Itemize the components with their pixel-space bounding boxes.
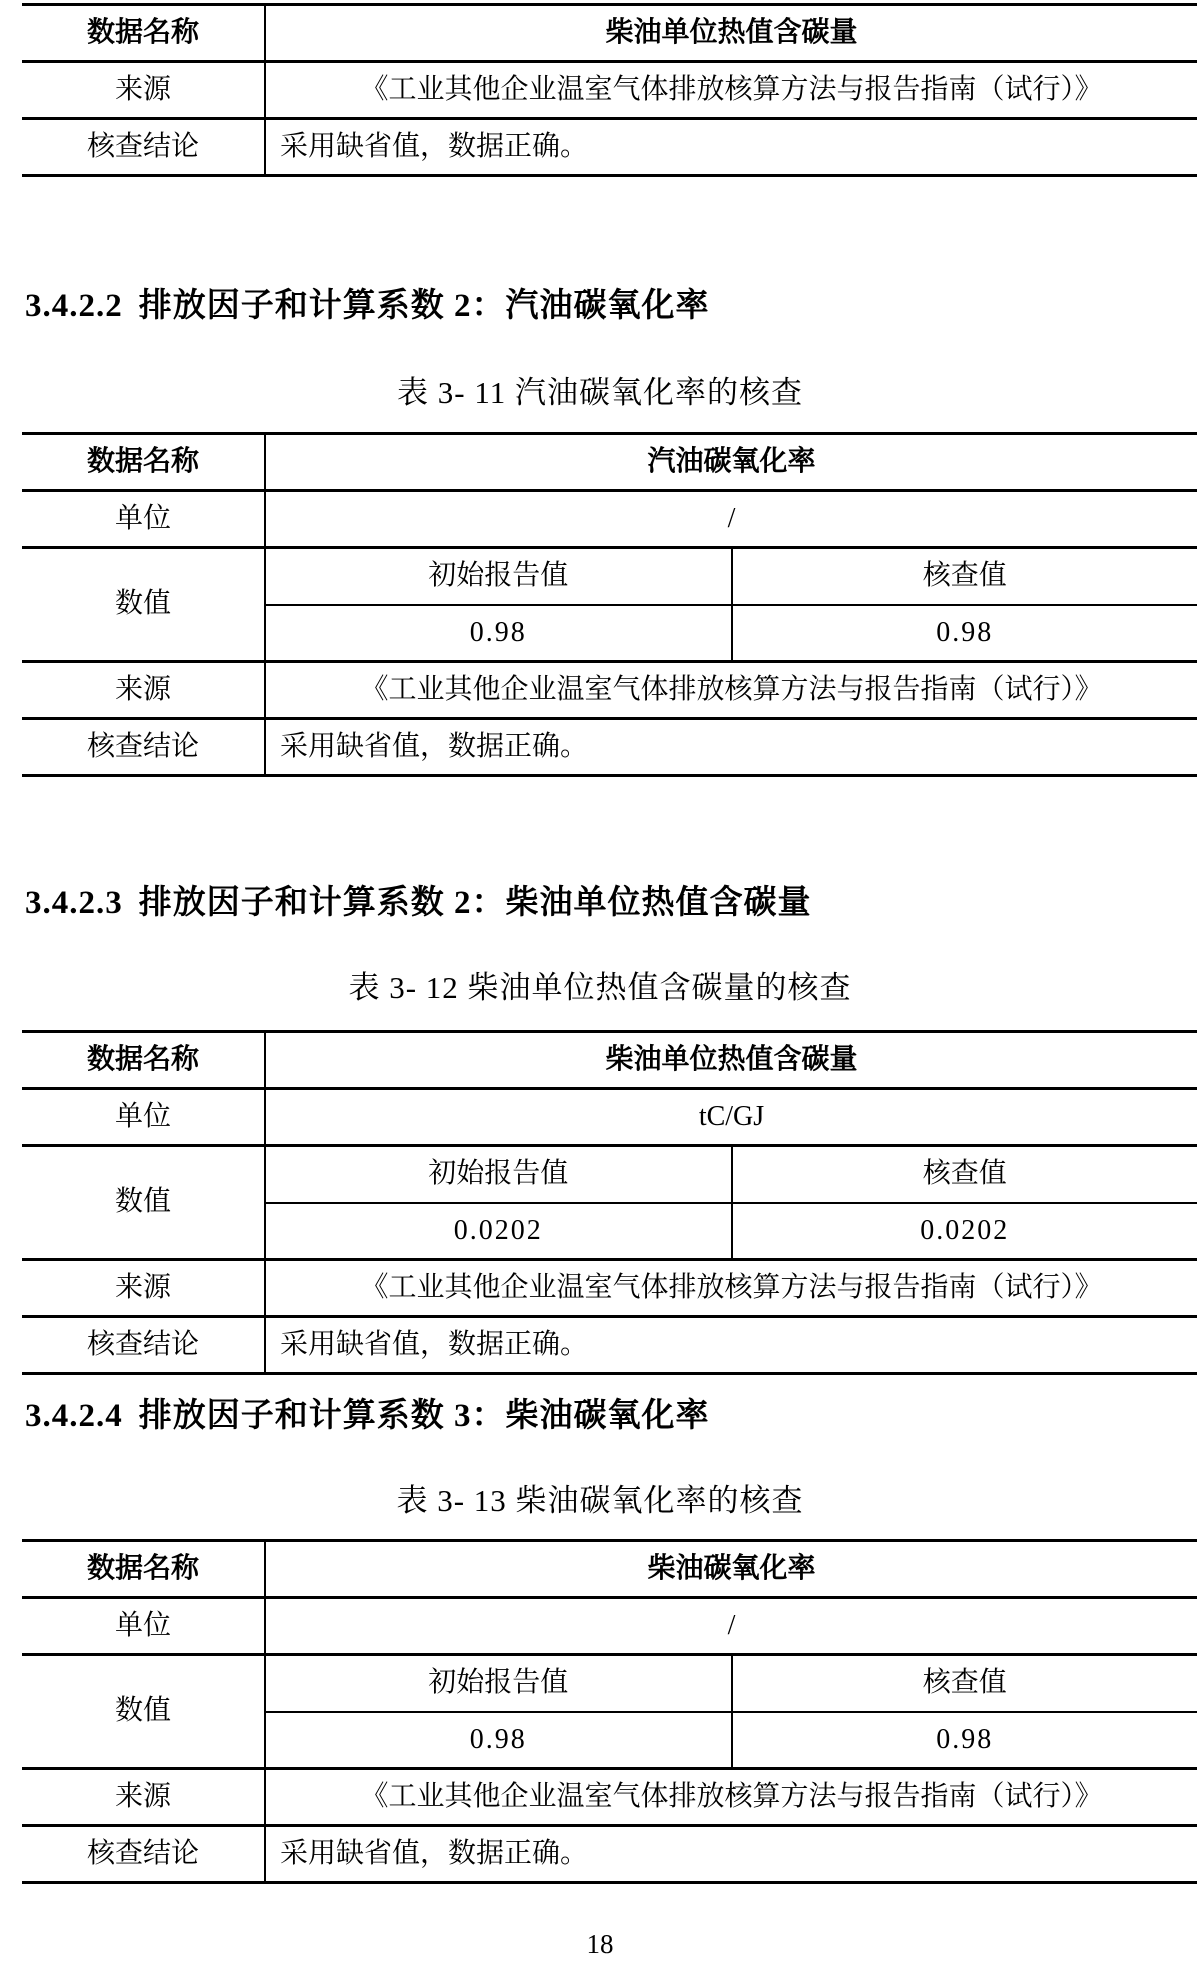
value-header-row: 初始报告值 核查值 (266, 1147, 1197, 1204)
source-value: 《工业其他企业温室气体排放核算方法与报告指南（试行）》 (266, 1261, 1197, 1315)
unit-value: / (266, 1599, 1197, 1653)
source-label: 来源 (22, 1261, 266, 1315)
value-label: 数值 (22, 1656, 266, 1767)
verified-value: 0.0202 (733, 1204, 1198, 1259)
verification-table-3-11: 数据名称 汽油碳氧化率 单位 / 数值 初始报告值 核查值 0.98 0.98 … (22, 432, 1197, 777)
heading-text: 排放因子和计算系数 2：汽油碳氧化率 (139, 288, 710, 324)
value-data-row: 0.98 0.98 (266, 606, 1197, 661)
verified-header: 核查值 (733, 1147, 1198, 1202)
value-grid: 初始报告值 核查值 0.98 0.98 (266, 549, 1197, 660)
value-header-row: 初始报告值 核查值 (266, 549, 1197, 606)
table-caption-3-13: 表 3- 13 柴油碳氧化率的核查 (0, 1481, 1200, 1521)
page-number: 18 (0, 1930, 1200, 1958)
table-caption-3-11: 表 3- 11 汽油碳氧化率的核查 (0, 373, 1200, 413)
unit-label: 单位 (22, 1599, 266, 1653)
data-name-value: 汽油碳氧化率 (266, 435, 1197, 489)
table-row: 核查结论 采用缺省值，数据正确。 (22, 1318, 1197, 1375)
continued-verification-table: 数据名称 柴油单位热值含碳量 来源 《工业其他企业温室气体排放核算方法与报告指南… (22, 3, 1197, 177)
source-label: 来源 (22, 63, 266, 117)
conclusion-value: 采用缺省值，数据正确。 (266, 120, 1197, 174)
table-row: 核查结论 采用缺省值，数据正确。 (22, 1827, 1197, 1884)
value-data-row: 0.0202 0.0202 (266, 1204, 1197, 1259)
table-row-values: 数值 初始报告值 核查值 0.98 0.98 (22, 1656, 1197, 1770)
section-heading-3-4-2-2: 3.4.2.2排放因子和计算系数 2：汽油碳氧化率 (25, 285, 1200, 327)
table-row: 核查结论 采用缺省值，数据正确。 (22, 720, 1197, 777)
table-row: 来源 《工业其他企业温室气体排放核算方法与报告指南（试行）》 (22, 63, 1197, 120)
conclusion-label: 核查结论 (22, 120, 266, 174)
table-row: 数据名称 汽油碳氧化率 (22, 435, 1197, 492)
table-row: 单位 / (22, 492, 1197, 549)
conclusion-label: 核查结论 (22, 1827, 266, 1881)
source-label: 来源 (22, 663, 266, 717)
verified-value: 0.98 (733, 606, 1198, 661)
table-row: 单位 / (22, 1599, 1197, 1656)
conclusion-value: 采用缺省值，数据正确。 (266, 1827, 1197, 1881)
data-name-value: 柴油碳氧化率 (266, 1542, 1197, 1596)
table-row: 数据名称 柴油单位热值含碳量 (22, 6, 1197, 63)
initial-report-header: 初始报告值 (266, 1147, 733, 1202)
initial-report-header: 初始报告值 (266, 1656, 733, 1711)
heading-number: 3.4.2.4 (25, 1398, 123, 1434)
table-caption-3-12: 表 3- 12 柴油单位热值含碳量的核查 (0, 968, 1200, 1008)
verified-value: 0.98 (733, 1713, 1198, 1768)
unit-label: 单位 (22, 492, 266, 546)
value-header-row: 初始报告值 核查值 (266, 1656, 1197, 1713)
table-row-values: 数值 初始报告值 核查值 0.0202 0.0202 (22, 1147, 1197, 1261)
data-name-value: 柴油单位热值含碳量 (266, 1033, 1197, 1087)
data-name-label: 数据名称 (22, 1033, 266, 1087)
unit-value: / (266, 492, 1197, 546)
value-label: 数值 (22, 1147, 266, 1258)
table-row: 来源 《工业其他企业温室气体排放核算方法与报告指南（试行）》 (22, 1261, 1197, 1318)
data-name-label: 数据名称 (22, 1542, 266, 1596)
source-label: 来源 (22, 1770, 266, 1824)
value-grid: 初始报告值 核查值 0.0202 0.0202 (266, 1147, 1197, 1258)
source-value: 《工业其他企业温室气体排放核算方法与报告指南（试行）》 (266, 1770, 1197, 1824)
initial-report-value: 0.0202 (266, 1204, 733, 1259)
value-label: 数值 (22, 549, 266, 660)
table-row: 数据名称 柴油单位热值含碳量 (22, 1033, 1197, 1090)
table-row: 核查结论 采用缺省值，数据正确。 (22, 120, 1197, 177)
value-data-row: 0.98 0.98 (266, 1713, 1197, 1768)
section-heading-3-4-2-4: 3.4.2.4排放因子和计算系数 3：柴油碳氧化率 (25, 1395, 1200, 1437)
conclusion-label: 核查结论 (22, 720, 266, 774)
heading-number: 3.4.2.2 (25, 288, 123, 324)
table-row: 来源 《工业其他企业温室气体排放核算方法与报告指南（试行）》 (22, 1770, 1197, 1827)
table-row: 数据名称 柴油碳氧化率 (22, 1542, 1197, 1599)
conclusion-value: 采用缺省值，数据正确。 (266, 720, 1197, 774)
data-name-value: 柴油单位热值含碳量 (266, 6, 1197, 60)
table-row: 单位 tC/GJ (22, 1090, 1197, 1147)
source-value: 《工业其他企业温室气体排放核算方法与报告指南（试行）》 (266, 663, 1197, 717)
data-name-label: 数据名称 (22, 435, 266, 489)
heading-text: 排放因子和计算系数 2：柴油单位热值含碳量 (139, 885, 812, 921)
unit-value: tC/GJ (266, 1090, 1197, 1144)
value-grid: 初始报告值 核查值 0.98 0.98 (266, 1656, 1197, 1767)
source-value: 《工业其他企业温室气体排放核算方法与报告指南（试行）》 (266, 63, 1197, 117)
conclusion-label: 核查结论 (22, 1318, 266, 1372)
initial-report-value: 0.98 (266, 606, 733, 661)
data-name-label: 数据名称 (22, 6, 266, 60)
verified-header: 核查值 (733, 1656, 1198, 1711)
table-row-values: 数值 初始报告值 核查值 0.98 0.98 (22, 549, 1197, 663)
initial-report-value: 0.98 (266, 1713, 733, 1768)
verification-table-3-13: 数据名称 柴油碳氧化率 单位 / 数值 初始报告值 核查值 0.98 0.98 … (22, 1539, 1197, 1884)
heading-text: 排放因子和计算系数 3：柴油碳氧化率 (139, 1398, 710, 1434)
conclusion-value: 采用缺省值，数据正确。 (266, 1318, 1197, 1372)
verification-table-3-12: 数据名称 柴油单位热值含碳量 单位 tC/GJ 数值 初始报告值 核查值 0.0… (22, 1030, 1197, 1375)
heading-number: 3.4.2.3 (25, 885, 123, 921)
section-heading-3-4-2-3: 3.4.2.3排放因子和计算系数 2：柴油单位热值含碳量 (25, 882, 1200, 924)
table-row: 来源 《工业其他企业温室气体排放核算方法与报告指南（试行）》 (22, 663, 1197, 720)
verified-header: 核查值 (733, 549, 1198, 604)
unit-label: 单位 (22, 1090, 266, 1144)
initial-report-header: 初始报告值 (266, 549, 733, 604)
